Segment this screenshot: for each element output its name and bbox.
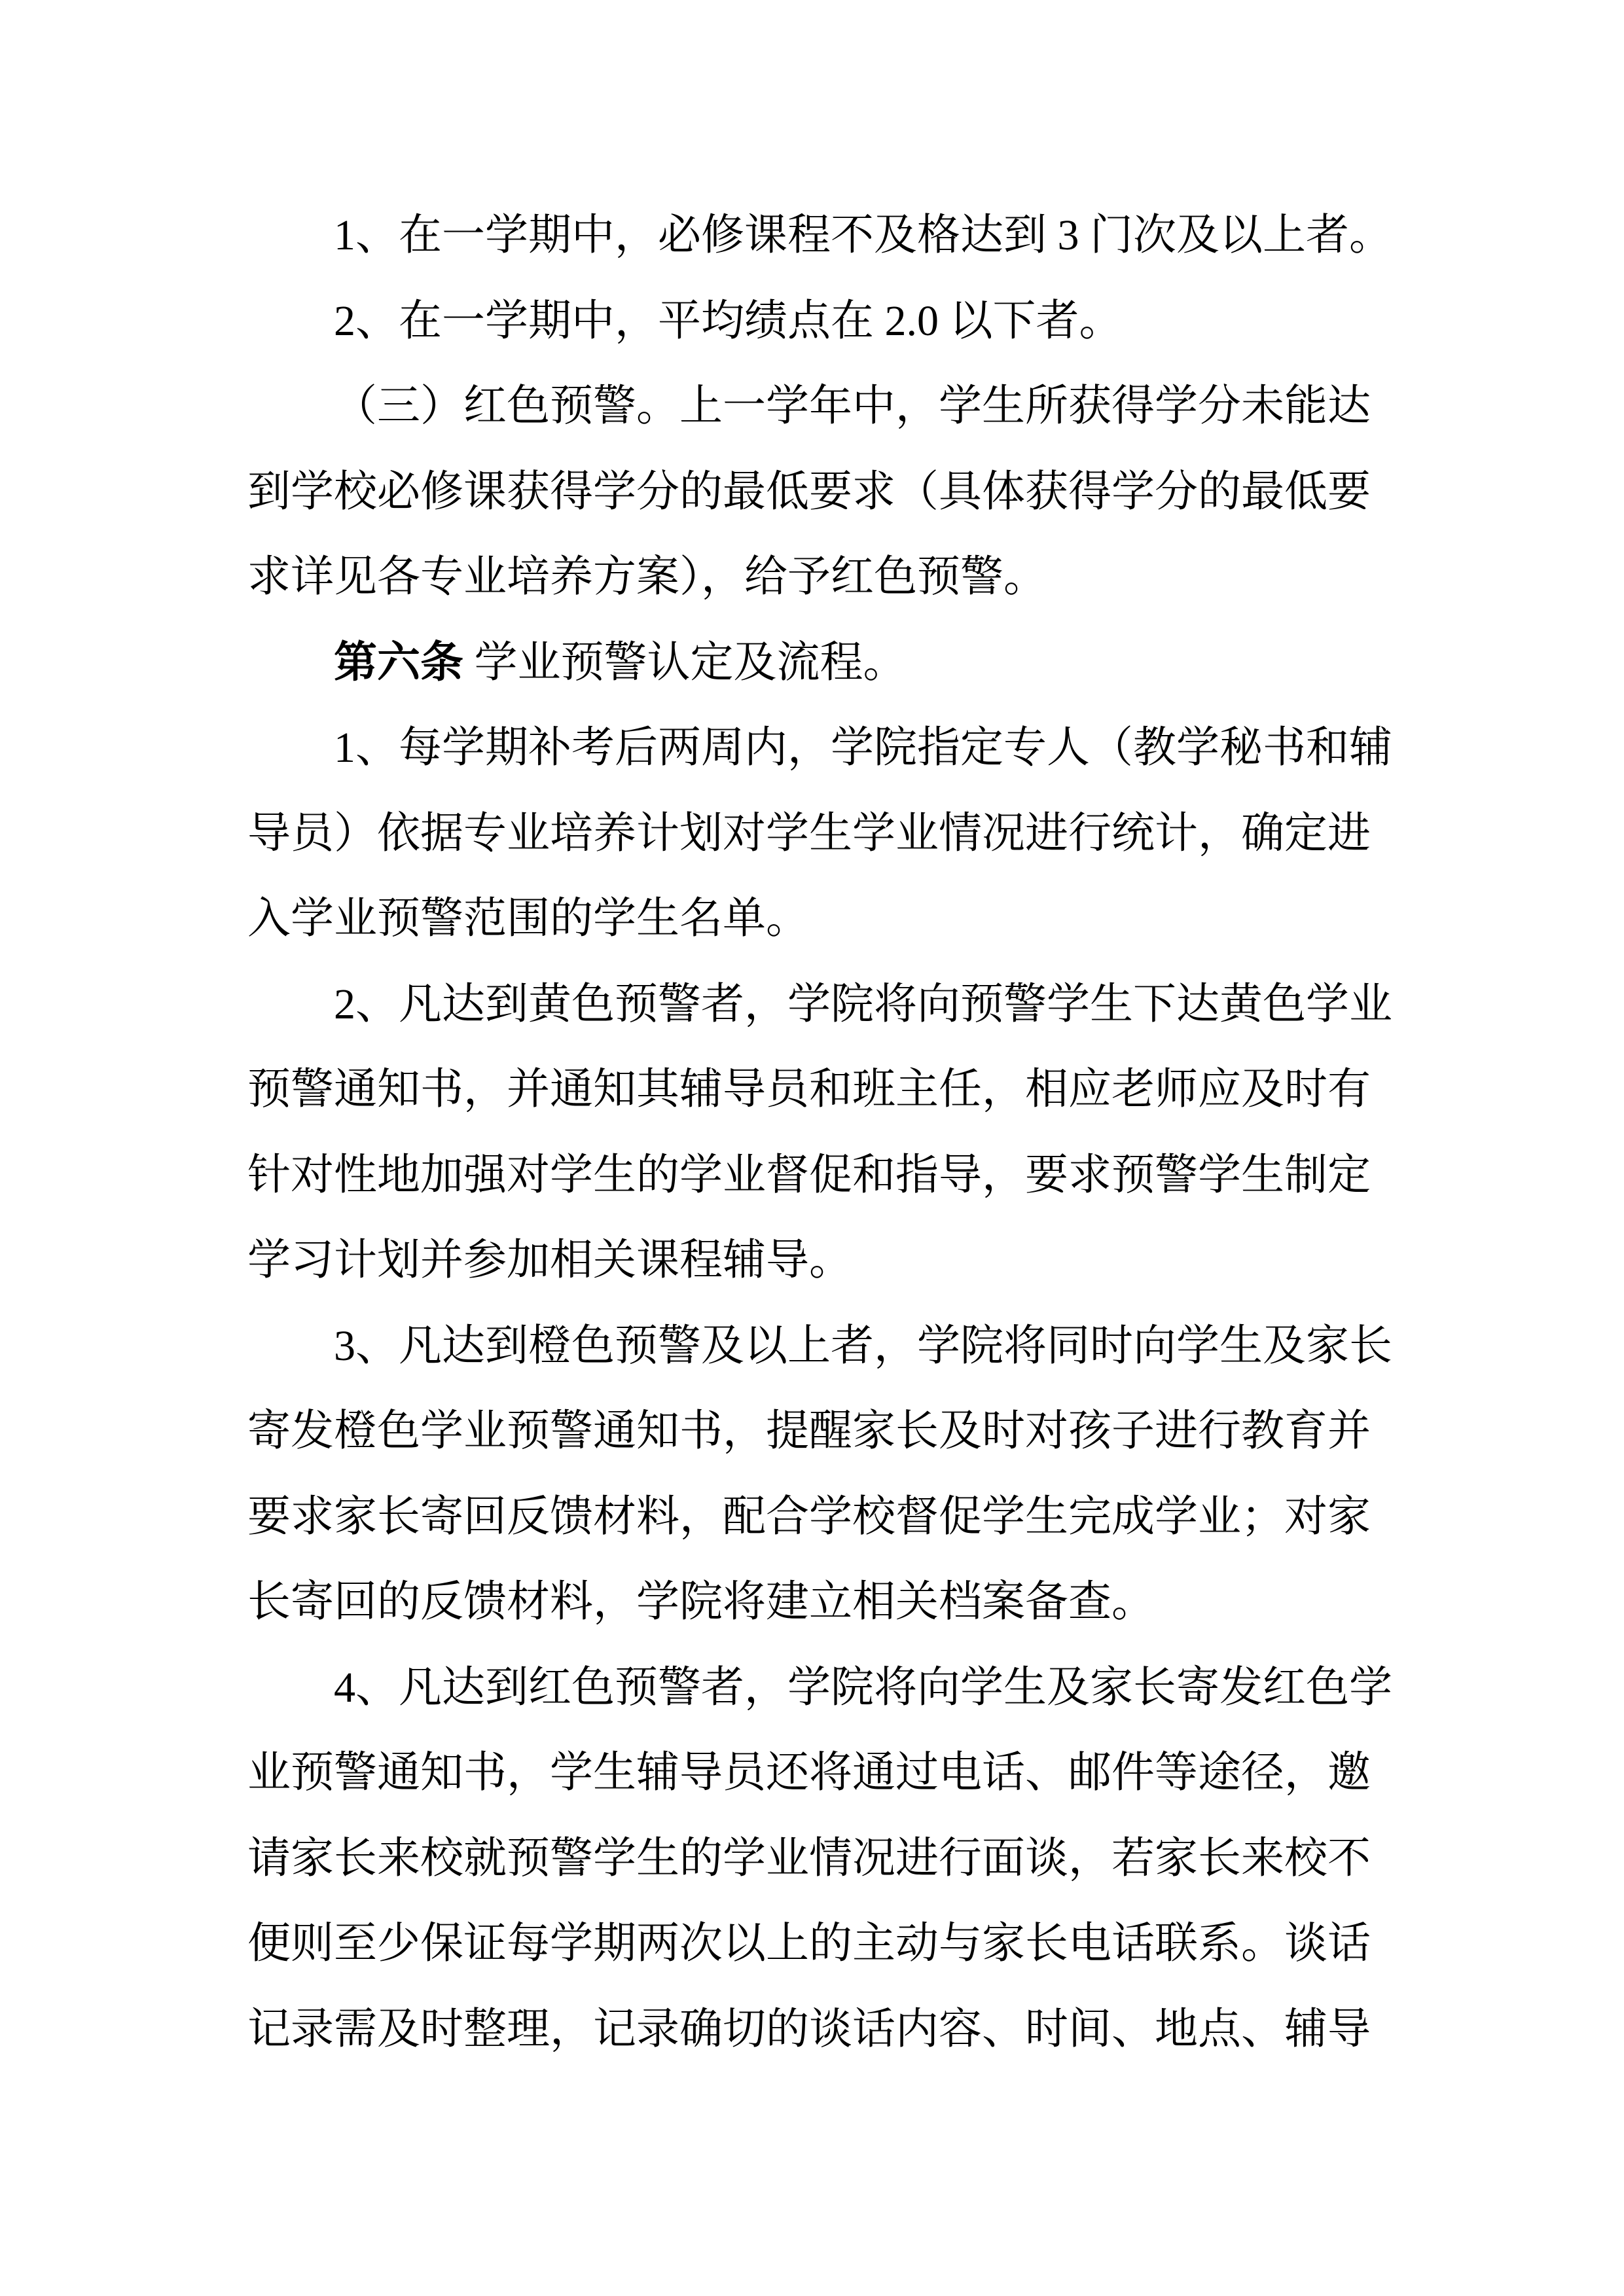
- text-line: 4、凡达到红色预警者，学院将向学生及家长寄发红色学: [247, 1645, 1381, 1731]
- document-page: 1、在一学期中，必修课程不及格达到 3 门次及以上者。2、在一学期中，平均绩点在…: [0, 0, 1624, 2296]
- text-line: 预警通知书，并通知其辅导员和班主任，相应老师应及时有: [247, 1047, 1381, 1133]
- text-line: 要求家长寄回反馈材料，配合学校督促学生完成学业；对家: [247, 1475, 1381, 1560]
- text-line: 寄发橙色学业预警通知书，提醒家长及时对孩子进行教育并: [247, 1389, 1381, 1475]
- text-line: 针对性地加强对学生的学业督促和指导，要求预警学生制定: [247, 1133, 1381, 1219]
- text-line: 2、在一学期中，平均绩点在 2.0 以下者。: [247, 279, 1381, 365]
- text-line: 1、每学期补考后两周内，学院指定专人（教学秘书和辅: [247, 706, 1381, 791]
- text-line: 业预警通知书，学生辅导员还将通过电话、邮件等途径，邀: [247, 1731, 1381, 1816]
- document-text-block: 1、在一学期中，必修课程不及格达到 3 门次及以上者。2、在一学期中，平均绩点在…: [247, 193, 1381, 2072]
- text-line: 2、凡达到黄色预警者，学院将向预警学生下达黄色学业: [247, 962, 1381, 1048]
- article-number-bold: 第六条: [334, 639, 463, 687]
- text-line: 学习计划并参加相关课程辅导。: [247, 1218, 1381, 1304]
- text-line: 到学校必修课获得学分的最低要求（具体获得学分的最低要: [247, 450, 1381, 535]
- text-line: 求详见各专业培养方案），给予红色预警。: [247, 535, 1381, 620]
- text-line: 1、在一学期中，必修课程不及格达到 3 门次及以上者。: [247, 193, 1381, 279]
- text-line: 请家长来校就预警学生的学业情况进行面谈，若家长来校不: [247, 1816, 1381, 1902]
- text-line: 记录需及时整理，记录确切的谈话内容、时间、地点、辅导: [247, 1987, 1381, 2073]
- text-line: 长寄回的反馈材料，学院将建立相关档案备查。: [247, 1560, 1381, 1645]
- text-line: 入学业预警范围的学生名单。: [247, 876, 1381, 962]
- text-line: 便则至少保证每学期两次以上的主动与家长电话联系。谈话: [247, 1901, 1381, 1987]
- text-line: 3、凡达到橙色预警及以上者，学院将同时向学生及家长: [247, 1304, 1381, 1390]
- text-line: 第六条 学业预警认定及流程。: [247, 620, 1381, 706]
- text-line: 导员）依据专业培养计划对学生学业情况进行统计，确定进: [247, 791, 1381, 877]
- text-line: （三）红色预警。上一学年中，学生所获得学分未能达: [247, 364, 1381, 450]
